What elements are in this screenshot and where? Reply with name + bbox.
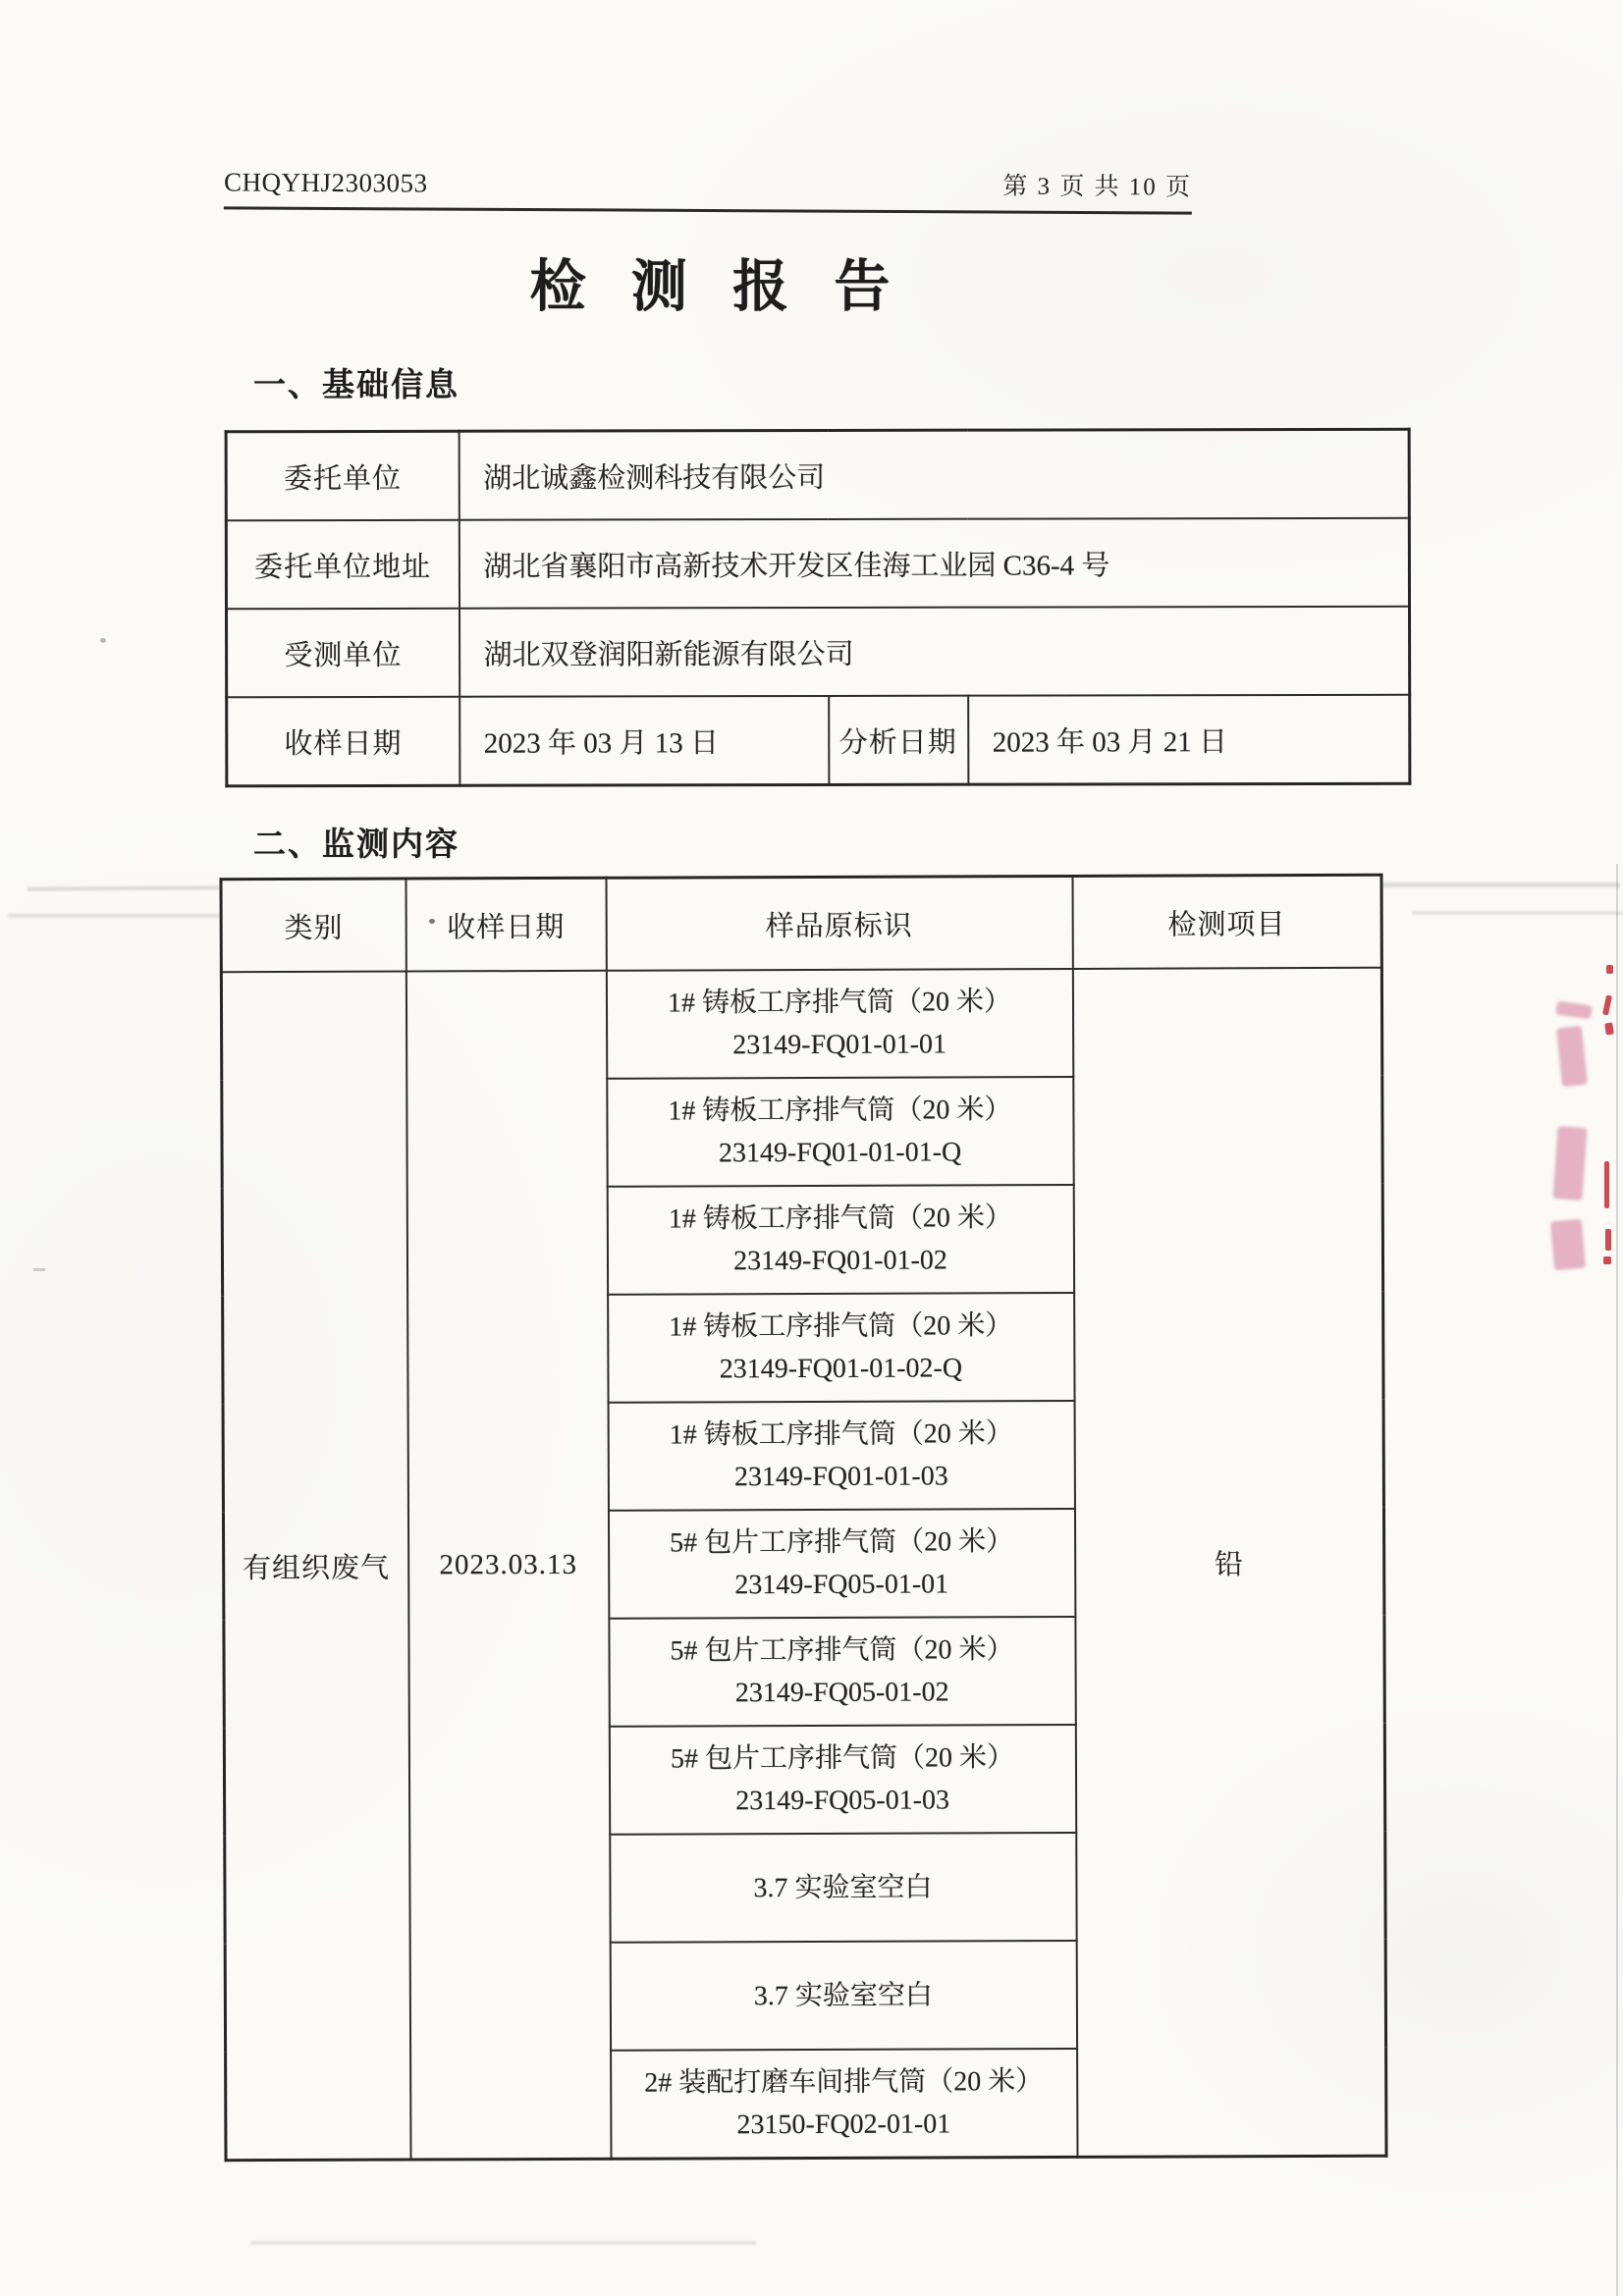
sample-name: 5# 包片工序排气筒（20 米） <box>610 1521 1074 1565</box>
table-header-row: 类别 收样日期 样品原标识 检测项目 <box>221 875 1381 972</box>
sample-code: 23149-FQ05-01-03 <box>611 1779 1075 1823</box>
sample-name: 5# 包片工序排气筒（20 米） <box>610 1629 1074 1673</box>
scan-streak <box>1412 911 1623 915</box>
field-label-client-address: 委托单位地址 <box>226 520 459 609</box>
field-label-analysis-date: 分析日期 <box>829 696 968 785</box>
sample-cell: 1# 铸板工序排气筒（20 米） 23149-FQ01-01-02-Q <box>608 1293 1074 1403</box>
section-basic-info-heading: 一、基础信息 <box>253 359 460 405</box>
column-header-category: 类别 <box>221 879 406 972</box>
table-row: 委托单位 湖北诚鑫检测科技有限公司 <box>226 429 1409 520</box>
sampling-date-cell: 2023.03.13 <box>406 971 611 2160</box>
column-header-test-item: 检测项目 <box>1072 875 1381 969</box>
stamp-bleedthrough-mark <box>1555 1001 1593 1020</box>
sample-name: 1# 铸板工序排气筒（20 米） <box>609 1305 1073 1349</box>
sample-name: 1# 铸板工序排气筒（20 米） <box>607 981 1071 1025</box>
scan-streak <box>250 2241 756 2245</box>
field-value-analysis-date: 2023 年 03 月 21 日 <box>968 695 1410 784</box>
sample-code: 23149-FQ05-01-02 <box>610 1671 1074 1715</box>
red-ink-fragment <box>1604 1161 1609 1208</box>
sample-cell: 5# 包片工序排气筒（20 米） 23149-FQ05-01-02 <box>609 1617 1075 1727</box>
red-ink-fragment <box>1605 1229 1611 1251</box>
field-label-tested-unit: 受测单位 <box>227 609 460 697</box>
column-header-sampling-date: 收样日期 <box>406 878 606 971</box>
red-ink-fragment <box>1603 1256 1611 1264</box>
sample-name: 3.7 实验室空白 <box>611 1865 1075 1909</box>
field-value-client: 湖北诚鑫检测科技有限公司 <box>459 429 1409 520</box>
table-row: 委托单位地址 湖北省襄阳市高新技术开发区佳海工业园 C36-4 号 <box>226 518 1409 610</box>
scan-streak <box>8 914 222 918</box>
sample-code: 23149-FQ01-01-01-Q <box>608 1131 1072 1175</box>
sample-name: 1# 铸板工序排气筒（20 米） <box>608 1197 1072 1241</box>
sample-name: 2# 装配打磨车间排气筒（20 米） <box>612 2060 1076 2105</box>
basic-info-table: 委托单位 湖北诚鑫检测科技有限公司 委托单位地址 湖北省襄阳市高新技术开发区佳海… <box>225 428 1412 788</box>
sample-name: 5# 包片工序排气筒（20 米） <box>610 1736 1074 1781</box>
scan-speck <box>33 1268 45 1271</box>
report-number: CHQYHJ2303053 <box>224 167 428 198</box>
field-label-sampling-date: 收样日期 <box>227 697 460 786</box>
field-value-client-address: 湖北省襄阳市高新技术开发区佳海工业园 C36-4 号 <box>459 518 1409 609</box>
sample-cell: 1# 铸板工序排气筒（20 米） 23149-FQ01-01-02 <box>607 1185 1073 1295</box>
sample-name: 1# 铸板工序排气筒（20 米） <box>608 1089 1072 1133</box>
scanned-report-page: CHQYHJ2303053 第 3 页 共 10 页 检 测 报 告 一、基础信… <box>0 0 1623 2296</box>
column-header-sample-id: 样品原标识 <box>606 876 1072 970</box>
category-cell: 有组织废气 <box>221 972 410 2161</box>
sample-code: 23149-FQ01-01-02-Q <box>609 1347 1073 1391</box>
scan-streak <box>1382 882 1620 887</box>
sample-cell: 3.7 实验室空白 <box>610 1941 1076 2051</box>
field-value-tested-unit: 湖北双登润阳新能源有限公司 <box>460 607 1410 697</box>
sample-name: 1# 铸板工序排气筒（20 米） <box>609 1413 1073 1457</box>
page-header: CHQYHJ2303053 第 3 页 共 10 页 <box>224 162 1192 214</box>
sample-cell: 1# 铸板工序排气筒（20 米） 23149-FQ01-01-01 <box>606 969 1072 1079</box>
table-row: 收样日期 2023 年 03 月 13 日 分析日期 2023 年 03 月 2… <box>227 695 1410 786</box>
sample-cell: 1# 铸板工序排气筒（20 米） 23149-FQ01-01-03 <box>608 1401 1074 1511</box>
red-ink-fragment <box>1602 995 1612 1016</box>
page-number: 第 3 页 共 10 页 <box>1002 167 1192 203</box>
sample-code: 23150-FQ02-01-01 <box>612 2103 1076 2147</box>
table-row: 受测单位 湖北双登润阳新能源有限公司 <box>227 607 1410 698</box>
sample-code: 23149-FQ01-01-02 <box>608 1239 1072 1283</box>
scan-streak <box>27 885 222 890</box>
report-title: 检 测 报 告 <box>224 241 1212 322</box>
sample-cell: 5# 包片工序排气筒（20 米） 23149-FQ05-01-03 <box>609 1725 1075 1835</box>
sample-cell: 3.7 实验室空白 <box>610 1833 1076 1943</box>
field-value-sampling-date: 2023 年 03 月 13 日 <box>460 696 829 785</box>
test-item-cell: 铅 <box>1072 968 1386 2158</box>
sample-code: 23149-FQ01-01-03 <box>609 1455 1073 1499</box>
scan-speck <box>100 638 106 643</box>
page-edge-shadow <box>1616 864 1618 2296</box>
sample-name: 3.7 实验室空白 <box>611 1973 1075 2017</box>
monitoring-table: 类别 收样日期 样品原标识 检测项目 有组织废气 2023.03.13 1# 铸… <box>219 874 1387 2163</box>
sample-cell: 1# 铸板工序排气筒（20 米） 23149-FQ01-01-01-Q <box>607 1077 1073 1187</box>
sample-cell: 5# 包片工序排气筒（20 米） 23149-FQ05-01-01 <box>608 1509 1074 1619</box>
red-ink-fragment <box>1604 1023 1614 1036</box>
stamp-bleedthrough-mark <box>1556 1026 1588 1087</box>
section-monitoring-heading: 二、监测内容 <box>253 819 460 865</box>
sample-cell: 2# 装配打磨车间排气筒（20 米） 23150-FQ02-01-01 <box>611 2049 1077 2159</box>
table-row: 有组织废气 2023.03.13 1# 铸板工序排气筒（20 米） 23149-… <box>221 968 1381 1081</box>
stamp-bleedthrough-mark <box>1550 1219 1586 1271</box>
stamp-bleedthrough-mark <box>1552 1126 1587 1201</box>
red-ink-fragment <box>1606 965 1613 974</box>
sample-code: 23149-FQ01-01-01 <box>608 1023 1072 1067</box>
field-label-client: 委托单位 <box>226 431 459 520</box>
sample-code: 23149-FQ05-01-01 <box>610 1563 1074 1607</box>
